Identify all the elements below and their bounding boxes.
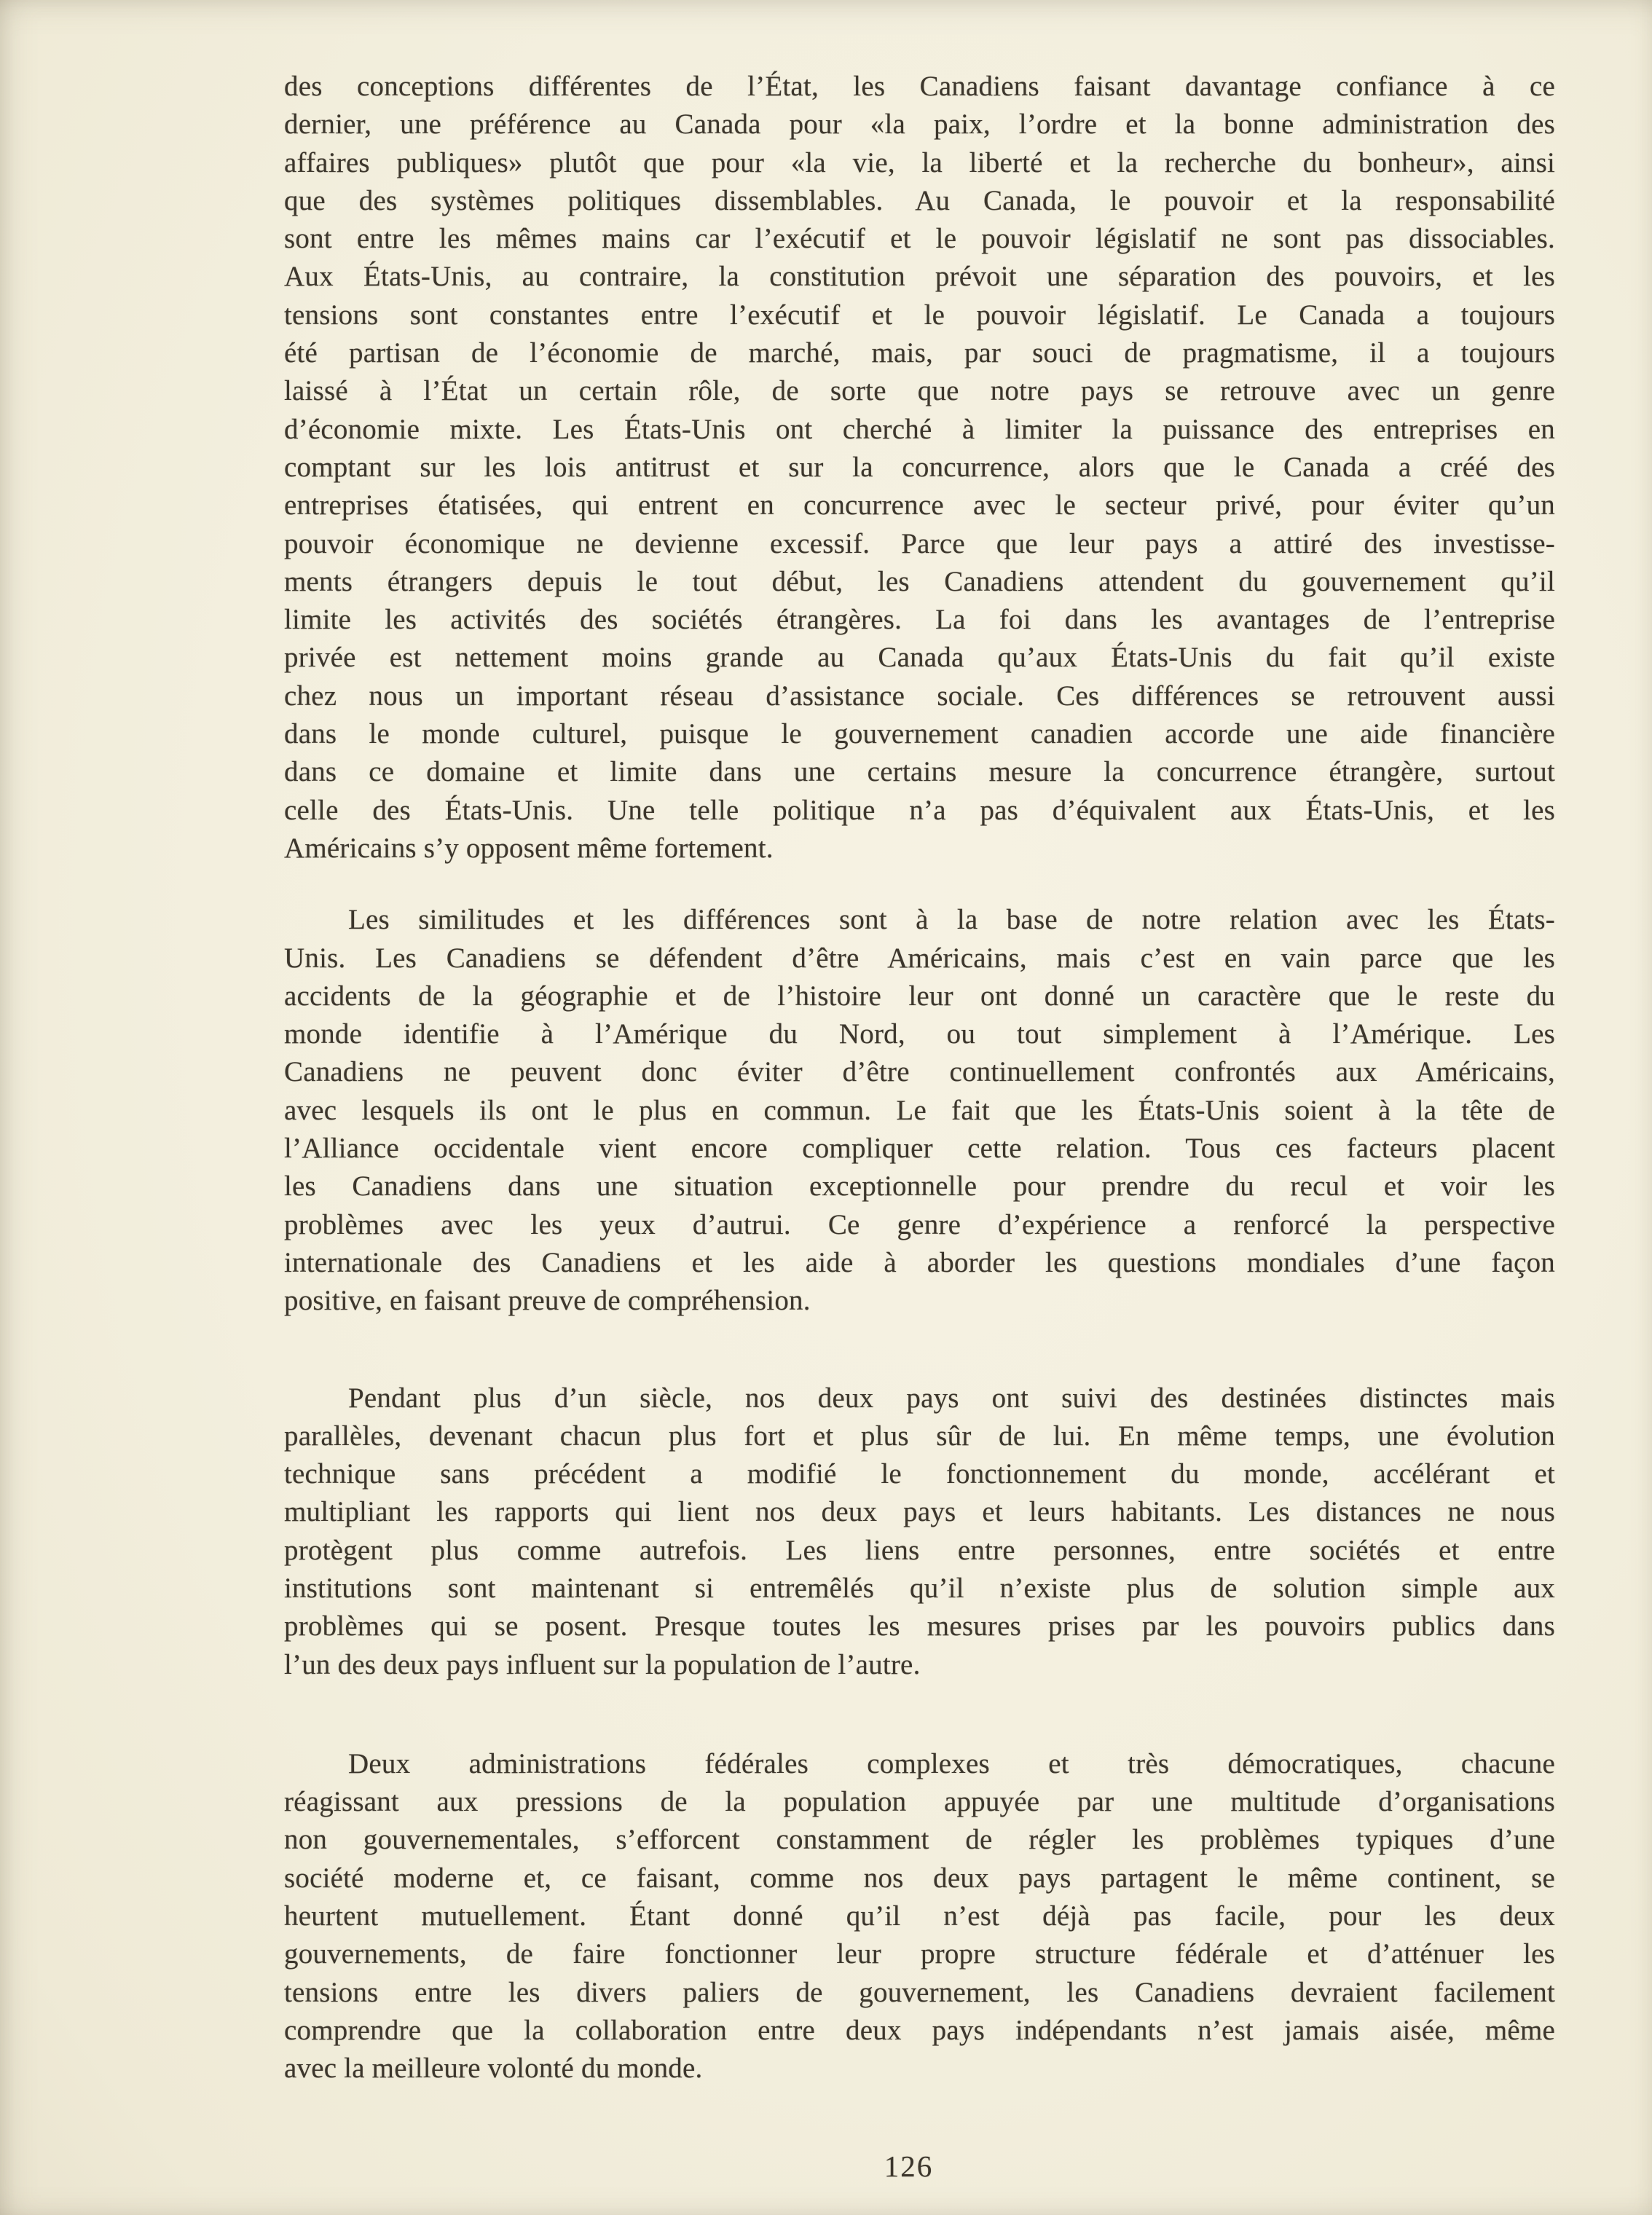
text-line: privée est nettement moins grande au Can… [284, 639, 1555, 677]
text-line: les Canadiens dans une situation excepti… [284, 1168, 1555, 1205]
text-line: comptant sur les lois antitrust et sur l… [284, 449, 1555, 487]
text-line: problèmes avec les yeux d’autrui. Ce gen… [284, 1206, 1555, 1244]
text-line: avec lesquels ils ont le plus en commun.… [284, 1092, 1555, 1130]
paragraph: Deux administrations fédérales complexes… [284, 1745, 1555, 2088]
text-line: laissé à l’État un certain rôle, de sort… [284, 372, 1555, 410]
text-line: chez nous un important réseau d’assistan… [284, 677, 1555, 715]
text-line: entreprises étatisées, qui entrent en co… [284, 487, 1555, 524]
text-line: affaires publiques» plutôt que pour «la … [284, 144, 1555, 182]
paragraph: Pendant plus d’un siècle, nos deux pays … [284, 1380, 1555, 1684]
text-line: heurtent mutuellement. Étant donné qu’il… [284, 1897, 1555, 1935]
text-line: été partisan de l’économie de marché, ma… [284, 334, 1555, 372]
text-line: d’économie mixte. Les États-Unis ont che… [284, 411, 1555, 449]
text-line: l’Alliance occidentale vient encore comp… [284, 1130, 1555, 1168]
text-line: Unis. Les Canadiens se défendent d’être … [284, 940, 1555, 977]
text-line: sont entre les mêmes mains car l’exécuti… [284, 220, 1555, 258]
text-line: réagissant aux pressions de la populatio… [284, 1783, 1555, 1821]
text-line: avec la meilleure volonté du monde. [284, 2050, 1555, 2088]
book-page: des conceptions différentes de l’État, l… [0, 0, 1652, 2215]
text-line: internationale des Canadiens et les aide… [284, 1244, 1555, 1282]
text-line: Américains s’y opposent même fortement. [284, 830, 1555, 867]
text-line: Deux administrations fédérales complexes… [284, 1745, 1555, 1783]
text-line: tensions entre les divers paliers de gou… [284, 1974, 1555, 2012]
text-line: protègent plus comme autrefois. Les lien… [284, 1532, 1555, 1570]
text-line: institutions sont maintenant si entremêl… [284, 1570, 1555, 1608]
paragraph: des conceptions différentes de l’État, l… [284, 68, 1555, 867]
text-line: parallèles, devenant chacun plus fort et… [284, 1417, 1555, 1455]
text-line: celle des États-Unis. Une telle politiqu… [284, 792, 1555, 830]
page-text-block: des conceptions différentes de l’État, l… [284, 68, 1555, 2088]
text-line: technique sans précédent a modifié le fo… [284, 1455, 1555, 1493]
text-line: société moderne et, ce faisant, comme no… [284, 1860, 1555, 1897]
text-line: accidents de la géographie et de l’histo… [284, 977, 1555, 1015]
text-line: multipliant les rapports qui lient nos d… [284, 1493, 1555, 1531]
text-line: non gouvernementales, s’efforcent consta… [284, 1821, 1555, 1859]
text-line: dans le monde culturel, puisque le gouve… [284, 715, 1555, 753]
text-line: monde identifie à l’Amérique du Nord, ou… [284, 1015, 1555, 1053]
text-line: Pendant plus d’un siècle, nos deux pays … [284, 1380, 1555, 1417]
text-line: dans ce domaine et limite dans une certa… [284, 753, 1555, 791]
text-line: pouvoir économique ne devienne excessif.… [284, 525, 1555, 563]
text-line: des conceptions différentes de l’État, l… [284, 68, 1555, 106]
text-line: Les similitudes et les différences sont … [284, 901, 1555, 939]
paragraph: Les similitudes et les différences sont … [284, 901, 1555, 1320]
text-line: tensions sont constantes entre l’exécuti… [284, 296, 1555, 334]
text-line: positive, en faisant preuve de compréhen… [284, 1282, 1555, 1320]
text-line: Aux États-Unis, au contraire, la constit… [284, 258, 1555, 296]
page-number: 126 [284, 2149, 1533, 2184]
text-line: dernier, une préférence au Canada pour «… [284, 106, 1555, 143]
text-line: limite les activités des sociétés étrang… [284, 601, 1555, 639]
text-line: Canadiens ne peuvent donc éviter d’être … [284, 1053, 1555, 1091]
text-line: l’un des deux pays influent sur la popul… [284, 1646, 1555, 1684]
text-line: ments étrangers depuis le tout début, le… [284, 563, 1555, 601]
text-line: que des systèmes politiques dissemblable… [284, 182, 1555, 220]
text-line: gouvernements, de faire fonctionner leur… [284, 1935, 1555, 1973]
text-line: problèmes qui se posent. Presque toutes … [284, 1608, 1555, 1645]
text-line: comprendre que la collaboration entre de… [284, 2012, 1555, 2050]
